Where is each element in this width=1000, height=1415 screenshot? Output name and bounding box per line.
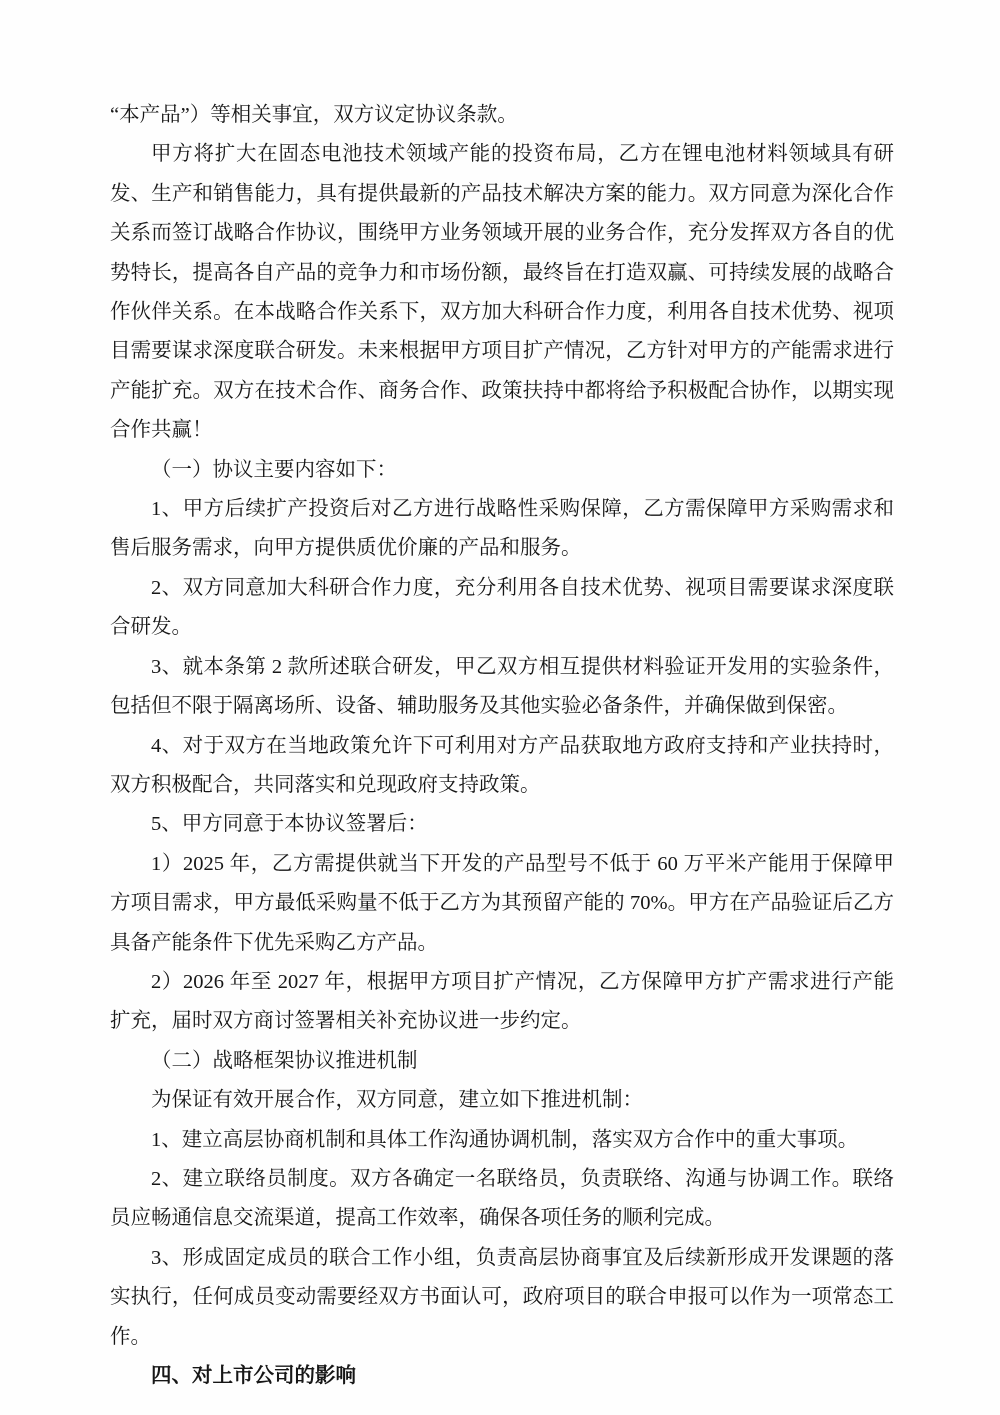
clause-2: 2、双方同意加大科研合作力度，充分利用各自技术优势、视项目需要谋求深度联合研发。 xyxy=(110,569,894,648)
mechanism-3: 3、形成固定成员的联合工作小组，负责高层协商事宜及后续新形成开发课题的落实执行，… xyxy=(110,1239,894,1357)
section-2-title: （二）战略框架协议推进机制 xyxy=(110,1042,894,1081)
clause-5-item-2: 2）2026 年至 2027 年，根据甲方项目扩产情况，乙方保障甲方扩产需求进行… xyxy=(110,963,894,1042)
mechanism-1: 1、建立高层协商机制和具体工作沟通协调机制，落实双方合作中的重大事项。 xyxy=(110,1121,894,1160)
clause-1: 1、甲方后续扩产投资后对乙方进行战略性采购保障，乙方需保障甲方采购需求和售后服务… xyxy=(110,490,894,569)
clause-5: 5、甲方同意于本协议签署后： xyxy=(110,805,894,844)
document-page: “本产品”）等相关事宜，双方议定协议条款。 甲方将扩大在固态电池技术领域产能的投… xyxy=(0,0,1000,1415)
clause-4: 4、对于双方在当地政策允许下可利用对方产品获取地方政府支持和产业扶持时，双方积极… xyxy=(110,727,894,806)
document-body: “本产品”）等相关事宜，双方议定协议条款。 甲方将扩大在固态电池技术领域产能的投… xyxy=(110,96,894,1396)
mechanism-intro: 为保证有效开展合作，双方同意，建立如下推进机制： xyxy=(110,1081,894,1120)
paragraph-overview: 甲方将扩大在固态电池技术领域产能的投资布局，乙方在锂电池材料领域具有研发、生产和… xyxy=(110,135,894,450)
paragraph-continuation: “本产品”）等相关事宜，双方议定协议条款。 xyxy=(110,96,894,135)
section-1-title: （一）协议主要内容如下： xyxy=(110,451,894,490)
clause-5-item-1: 1）2025 年，乙方需提供就当下开发的产品型号不低于 60 万平米产能用于保障… xyxy=(110,845,894,963)
clause-3: 3、就本条第 2 款所述联合研发，甲乙双方相互提供材料验证开发用的实验条件，包括… xyxy=(110,648,894,727)
mechanism-2: 2、建立联络员制度。双方各确定一名联络员，负责联络、沟通与协调工作。联络员应畅通… xyxy=(110,1160,894,1239)
section-4-heading: 四、对上市公司的影响 xyxy=(110,1357,894,1396)
